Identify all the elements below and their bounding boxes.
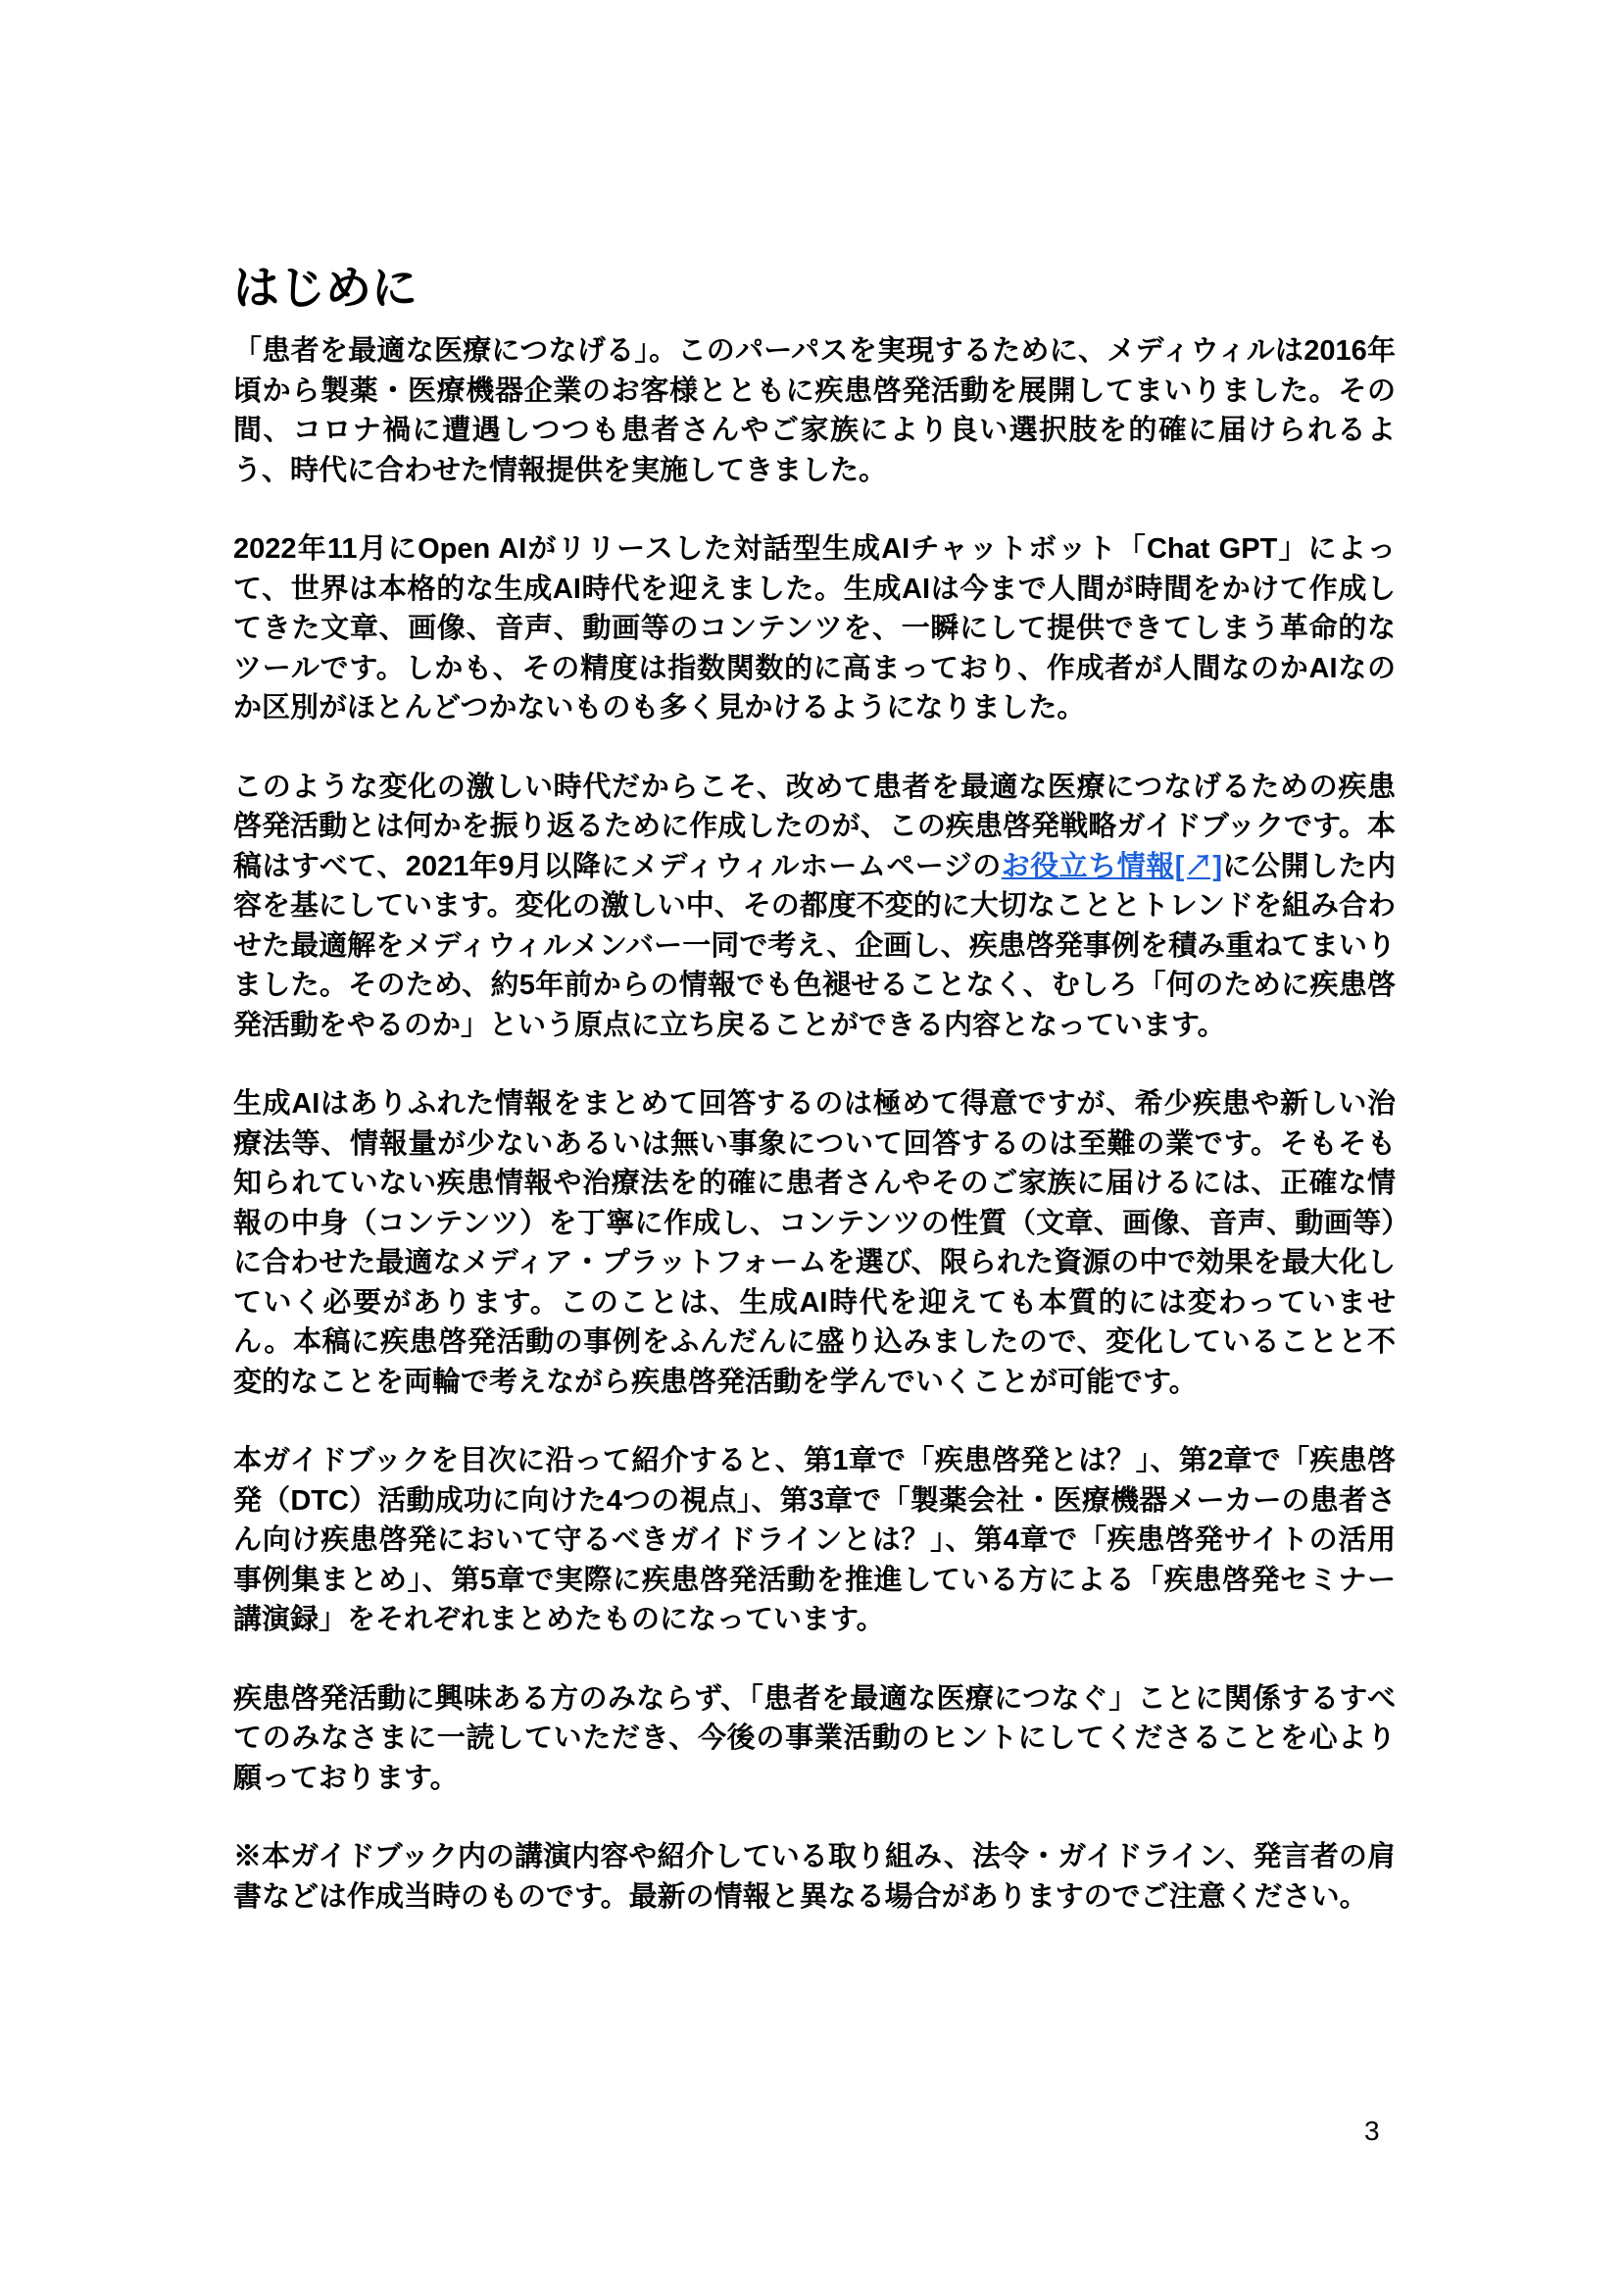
paragraph-disclaimer-note: ※本ガイドブック内の講演内容や紹介している取り組み、法令・ガイドライン、発言者の… [233,1837,1396,1917]
page-title: はじめに [233,261,1396,316]
page-number: 3 [1364,2116,1380,2147]
paragraph-chapter-overview: 本ガイドブックを目次に沿って紹介すると、第1章で「疾患啓発とは？」、第2章で「疾… [233,1441,1396,1640]
paragraph-closing-wish: 疾患啓発活動に興味ある方のみならず、「患者を最適な医療につなぐ」ことに関係するす… [233,1679,1396,1799]
paragraph-purpose: 「患者を最適な医療につなげる」。このパーパスを実現するために、メディウィルは20… [233,331,1396,490]
paragraph-guidebook-origin: このような変化の激しい時代だからこそ、改めて患者を最適な医療につなげるための疾患… [233,768,1396,1046]
document-page: はじめに 「患者を最適な医療につなげる」。このパーパスを実現するために、メディウ… [0,0,1623,2296]
document-body: はじめに 「患者を最適な医療につなげる」。このパーパスを実現するために、メディウ… [233,261,1396,1956]
paragraph-rare-disease-content: 生成AIはありふれた情報をまとめて回答するのは極めて得意ですが、希少疾患や新しい… [233,1084,1396,1402]
paragraph-generative-ai: 2022年11月にOpen AIがリリースした対話型生成AIチャットボット「Ch… [233,529,1396,728]
useful-info-link[interactable]: お役立ち情報[↗] [1002,851,1222,882]
